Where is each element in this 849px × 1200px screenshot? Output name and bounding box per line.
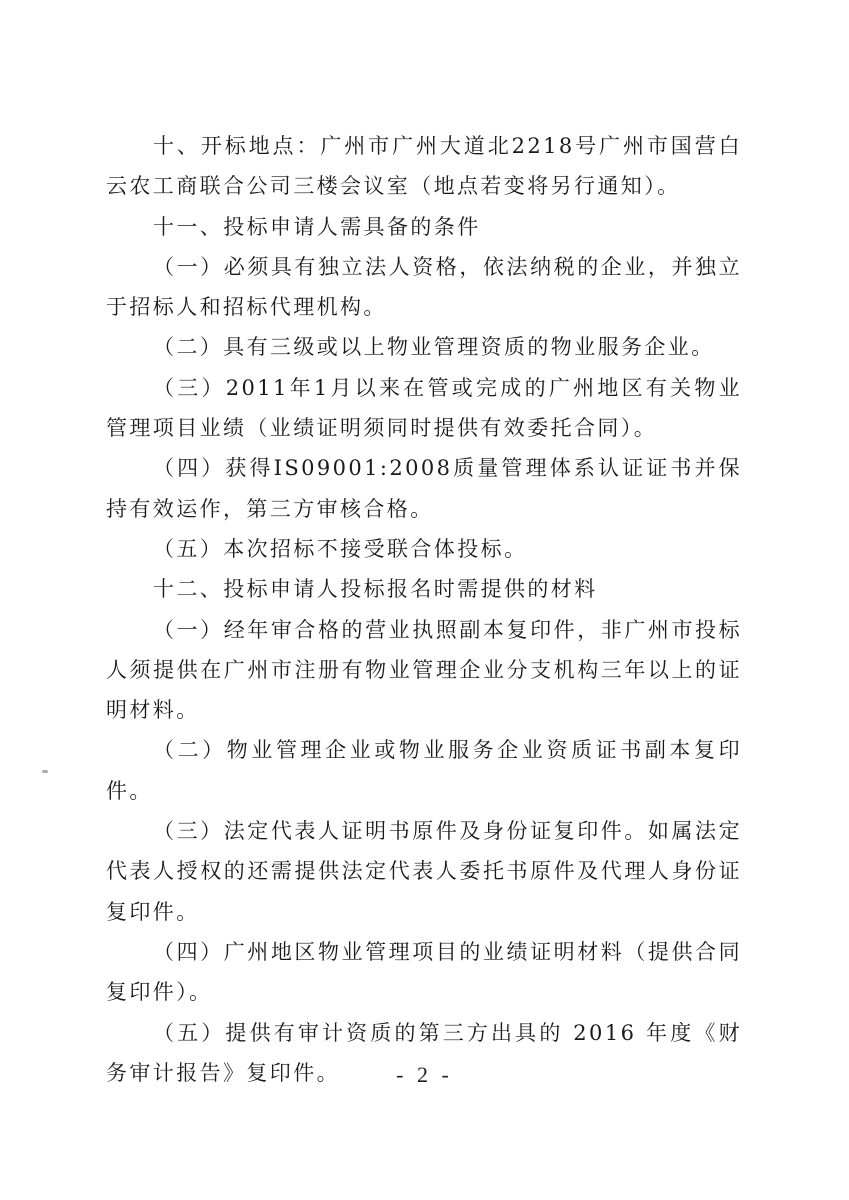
material-3: （三）法定代表人证明书原件及身份证复印件。如属法定代表人授权的还需提供法定代表人… — [106, 811, 742, 932]
requirement-3: （三）2011年1月以来在管或完成的广州地区有关物业管理项目业绩（业绩证明须同时… — [106, 368, 742, 449]
document-body: 十、开标地点：广州市广州大道北2218号广州市国营白云农工商联合公司三楼会议室（… — [106, 126, 742, 1093]
requirement-1: （一）必须具有独立法人资格，依法纳税的企业，并独立于招标人和招标代理机构。 — [106, 247, 742, 328]
heading-bidder-requirements: 十一、投标申请人需具备的条件 — [106, 207, 742, 247]
material-2: （二）物业管理企业或物业服务企业资质证书副本复印件。 — [106, 730, 742, 811]
material-1: （一）经年审合格的营业执照副本复印件，非广州市投标人须提供在广州市注册有物业管理… — [106, 610, 742, 731]
requirement-5: （五）本次招标不接受联合体投标。 — [106, 529, 742, 569]
heading-registration-materials: 十二、投标申请人投标报名时需提供的材料 — [106, 569, 742, 609]
scan-speck — [42, 770, 48, 773]
paragraph-opening-location: 十、开标地点：广州市广州大道北2218号广州市国营白云农工商联合公司三楼会议室（… — [106, 126, 742, 207]
requirement-2: （二）具有三级或以上物业管理资质的物业服务企业。 — [106, 327, 742, 367]
material-4: （四）广州地区物业管理项目的业绩证明材料（提供合同复印件）。 — [106, 932, 742, 1013]
requirement-4: （四）获得IS09001:2008质量管理体系认证证书并保持有效运作，第三方审核… — [106, 448, 742, 529]
document-page: 十、开标地点：广州市广州大道北2218号广州市国营白云农工商联合公司三楼会议室（… — [0, 0, 849, 1200]
page-number: - 2 - — [0, 1062, 849, 1088]
